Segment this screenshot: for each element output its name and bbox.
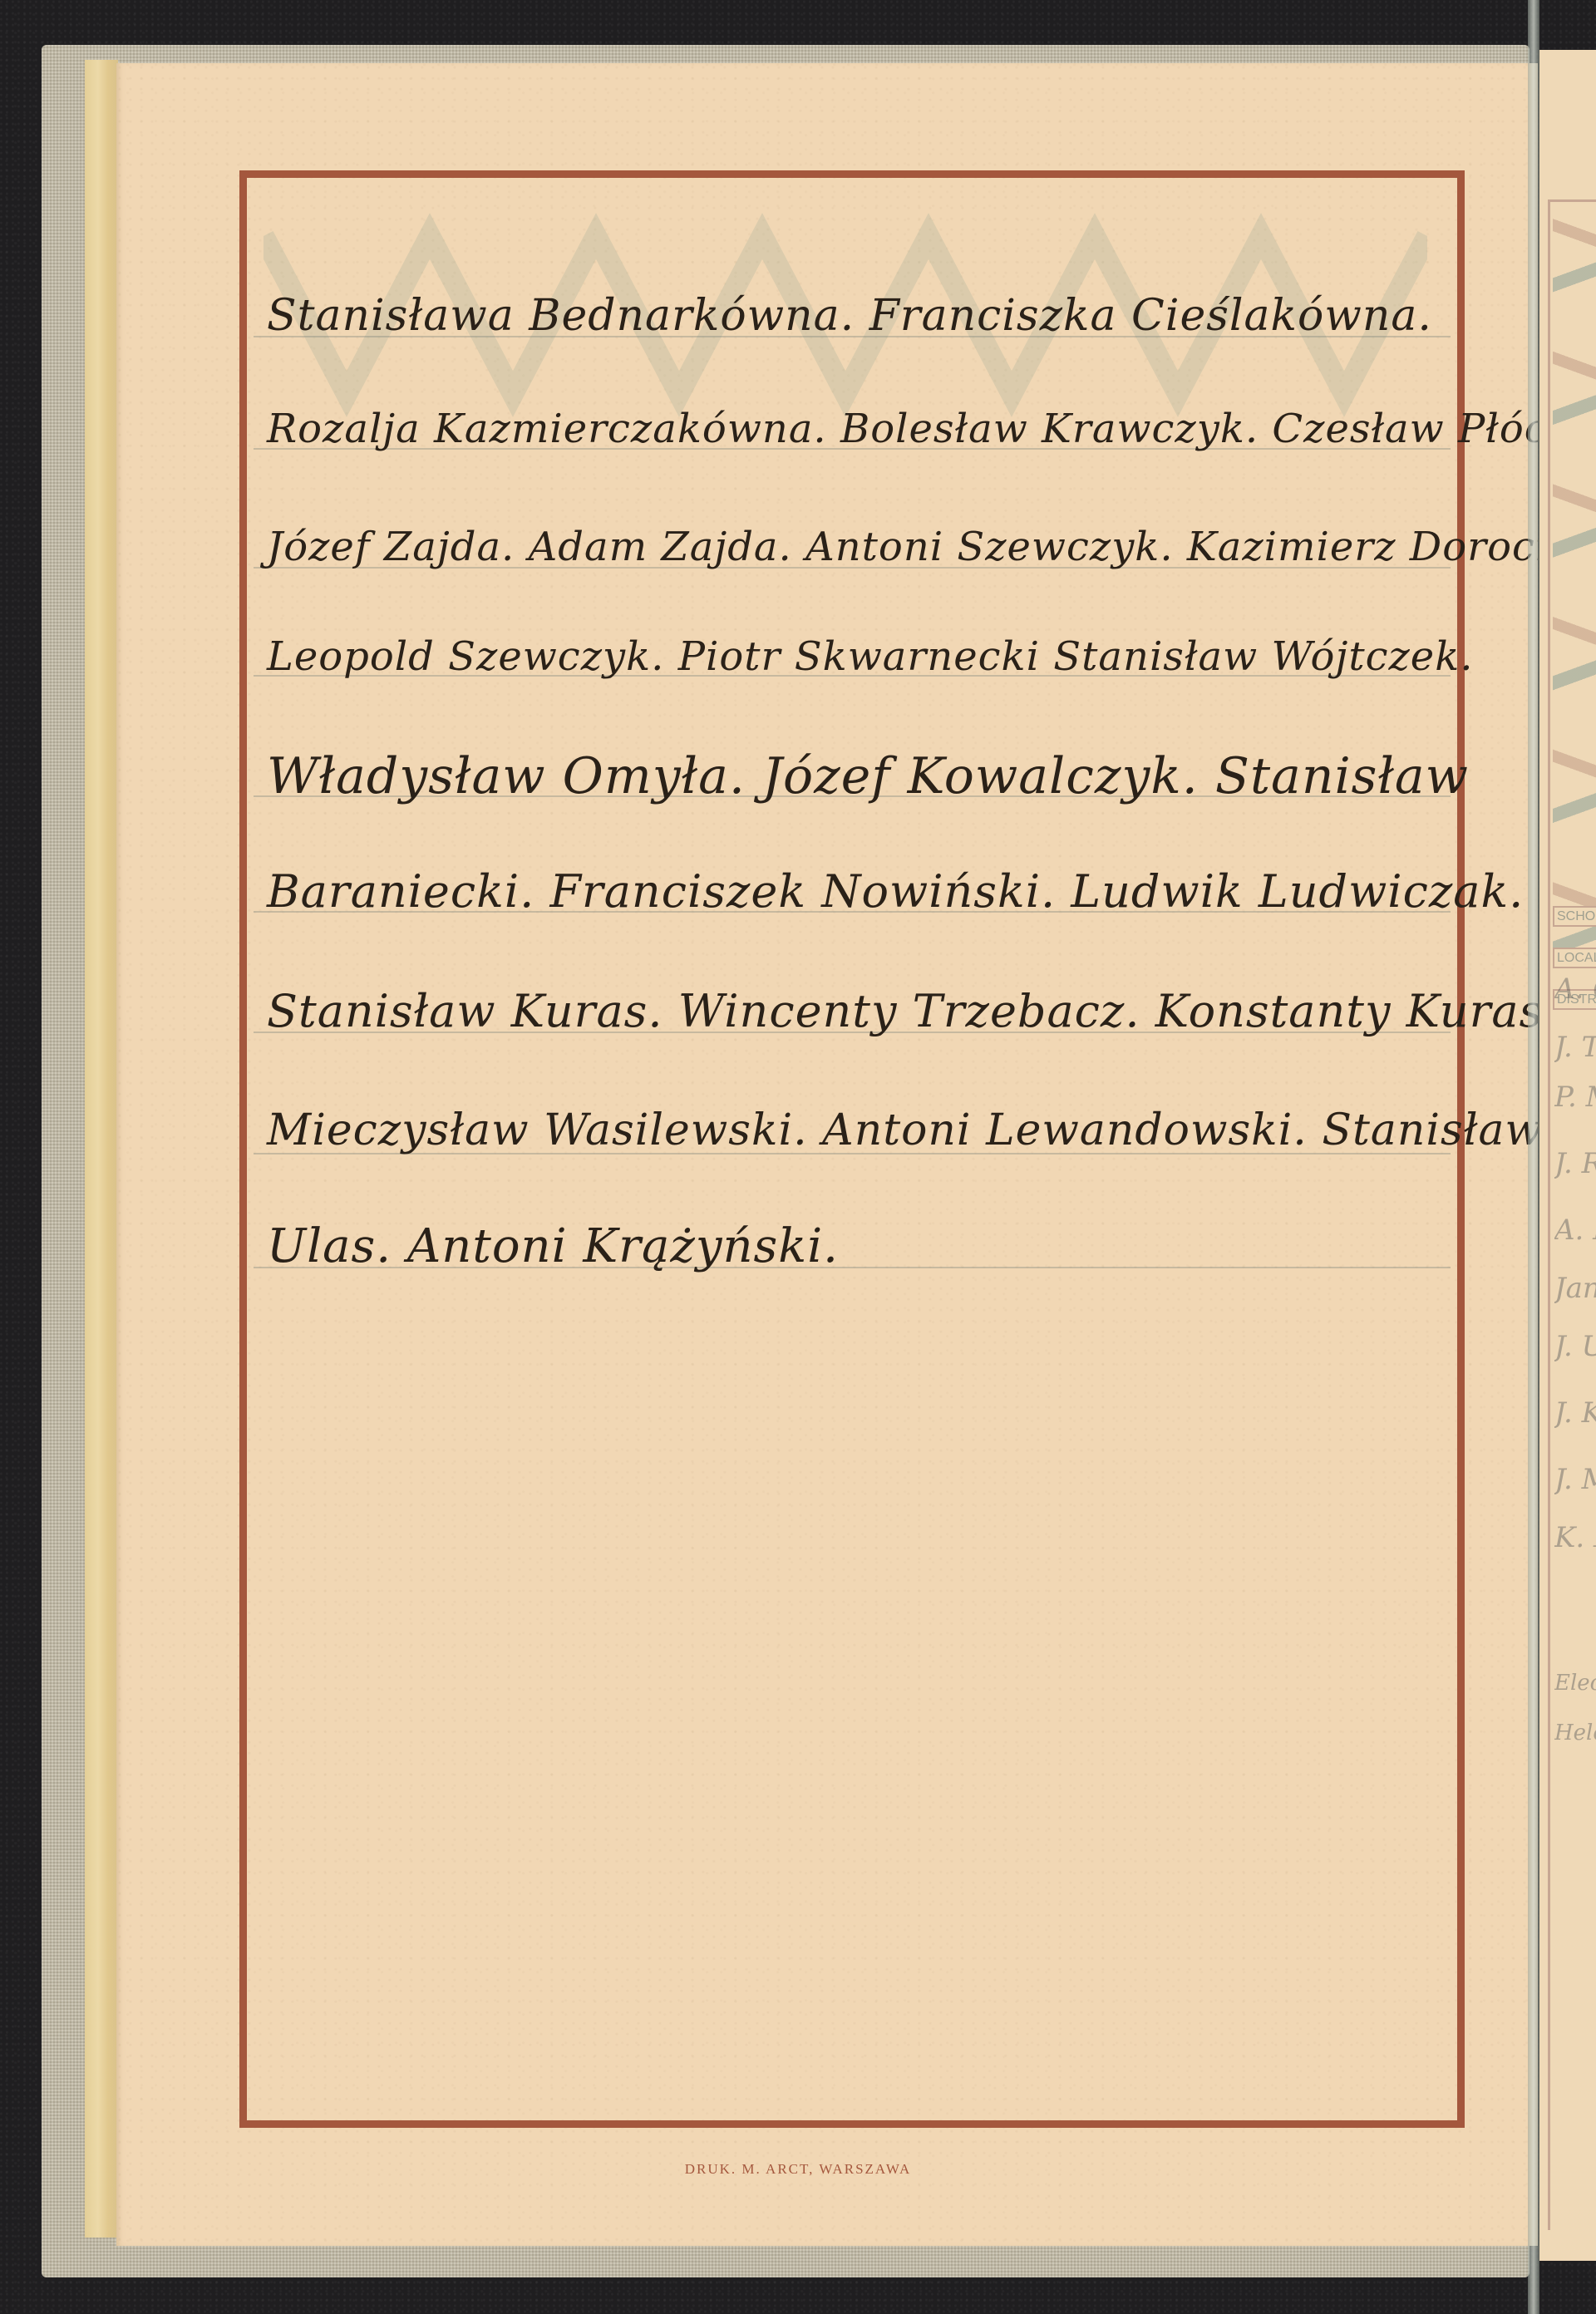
adjacent-hand-2: J. Tyał: [1554, 1031, 1596, 1064]
adjacent-hand-7: J. Ul: [1554, 1330, 1596, 1363]
locality-label: LOCALITY MIEJSCOWOŚĆ: [1553, 948, 1596, 968]
school-label: SCHOOL SZKOŁA: [1553, 906, 1596, 927]
roster-line-7: Stanisław Kuras. Wincenty Trzebacz. Kons…: [267, 989, 1449, 1034]
adjacent-hand-12: Helena: [1554, 1721, 1596, 1745]
roster-line-1: Stanisława Bednarkówna. Franciszka Cieśl…: [267, 294, 1449, 337]
adjacent-hand-10: K. D: [1554, 1521, 1596, 1554]
adjacent-ornament-icon: [1553, 216, 1596, 948]
roster-line-9: Ulas. Antoni Krążyński.: [267, 1223, 1449, 1270]
adjacent-page: SCHOOL SZKOŁA LOCALITY MIEJSCOWOŚĆ DISTR…: [1539, 50, 1596, 2261]
roster-line-2: Rozalja Kazmierczakówna. Bolesław Krawcz…: [267, 409, 1449, 449]
roster-line-6: Baraniecki. Franciszek Nowiński. Ludwik …: [267, 869, 1449, 914]
adjacent-hand-5: A. Bel: [1554, 1214, 1596, 1247]
glass-plate-edge: [1528, 0, 1539, 2314]
adjacent-hand-1: A. Gu: [1554, 972, 1596, 1006]
adjacent-hand-6: Jan: [1554, 1272, 1596, 1305]
adjacent-hand-11: Eleonora: [1554, 1671, 1596, 1696]
adjacent-hand-3: P. M: [1554, 1081, 1596, 1114]
printed-frame: Stanisława Bednarkówna. Franciszka Cieśl…: [239, 170, 1465, 2128]
adjacent-hand-9: J. M: [1554, 1463, 1596, 1496]
roster-line-8: Mieczysław Wasilewski. Antoni Lewandowsk…: [267, 1109, 1449, 1152]
printer-imprint: DRUK. M. ARCT, WARSZAWA: [0, 2161, 1596, 2178]
roster-line-4: Leopold Szewczyk. Piotr Skwarnecki Stani…: [267, 637, 1449, 677]
roster-line-3: Józef Zajda. Adam Zajda. Antoni Szewczyk…: [267, 527, 1449, 567]
page-edges: [85, 60, 118, 2238]
adjacent-hand-8: J. Ko: [1554, 1396, 1596, 1430]
roster-line-5: Władysław Omyła. Józef Kowalczyk. Stanis…: [267, 751, 1449, 801]
adjacent-hand-4: J. Ru: [1554, 1147, 1596, 1180]
